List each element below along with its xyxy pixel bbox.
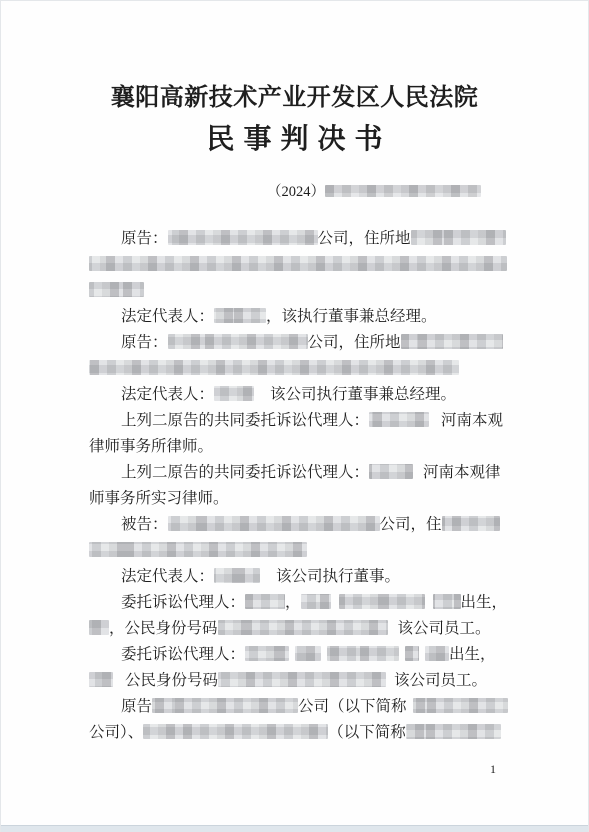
text-segment: 该公司员工。 <box>394 672 487 689</box>
document-line <box>89 252 509 278</box>
document-line <box>89 538 509 564</box>
text-segment: 被告： <box>121 516 168 533</box>
text-segment: 上列二原告的共同委托诉讼代理人： <box>121 464 369 481</box>
redacted-segment <box>89 672 113 687</box>
redacted-segment <box>433 594 461 609</box>
text-segment: ， <box>285 594 301 611</box>
text-segment: 原告： <box>121 230 168 247</box>
document-line: 上列二原告的共同委托诉讼代理人：河南本观 <box>89 408 509 434</box>
text-segment: 出生， <box>449 646 496 663</box>
document-line: 委托诉讼代理人：出生， <box>89 642 509 668</box>
redacted-segment <box>218 620 388 635</box>
redacted-segment <box>89 256 507 271</box>
redacted-segment <box>89 360 459 375</box>
document-line: 原告：公司，住所地 <box>89 226 509 252</box>
court-name: 襄阳高新技术产业开发区人民法院 <box>1 77 588 112</box>
text-segment: 上列二原告的共同委托诉讼代理人： <box>121 412 369 429</box>
text-segment: 该公司执行董事兼总经理。 <box>270 386 456 403</box>
text-segment: 该公司执行董事。 <box>276 568 400 585</box>
document-line: 原告：公司，住所地 <box>89 330 509 356</box>
redacted-segment <box>214 568 260 583</box>
redacted-segment <box>143 724 328 739</box>
spacer <box>407 710 413 711</box>
text-segment: 委托诉讼代理人： <box>121 594 245 611</box>
redacted-segment <box>301 594 331 609</box>
text-segment: 出生， <box>461 594 508 611</box>
spacer <box>260 580 276 581</box>
spacer <box>429 424 441 425</box>
document-line: 原告公司（以下简称 <box>89 694 509 720</box>
spacer <box>388 632 398 633</box>
text-segment: 公民身份号码 <box>125 672 218 689</box>
text-segment: 公司，住所地 <box>318 230 411 247</box>
redacted-segment <box>401 334 503 349</box>
redacted-segment <box>245 594 285 609</box>
redacted-segment <box>89 620 109 635</box>
document-line: 法定代表人：该公司执行董事兼总经理。 <box>89 382 509 408</box>
text-segment: 公司，住所地 <box>308 334 401 351</box>
redacted-segment <box>369 464 413 479</box>
case-number-line: （2024） <box>267 180 481 201</box>
text-segment: 公司，住 <box>380 516 442 533</box>
document-line: 法定代表人：，该执行董事兼总经理。 <box>89 304 509 330</box>
redacted-segment <box>89 282 144 297</box>
judgment-page: 襄阳高新技术产业开发区人民法院 民事判决书 （2024） 原告：公司，住所地法定… <box>0 0 589 832</box>
redacted-segment <box>369 412 429 427</box>
redacted-segment <box>406 724 501 739</box>
redacted-segment <box>245 646 289 661</box>
page-number: 1 <box>490 762 496 777</box>
redacted-segment <box>152 698 298 713</box>
text-segment: 该公司员工。 <box>398 620 491 637</box>
spacer <box>331 606 339 607</box>
spacer <box>425 606 433 607</box>
redacted-segment <box>214 386 254 401</box>
document-line: 委托诉讼代理人：，出生， <box>89 590 509 616</box>
document-body: 原告：公司，住所地法定代表人：，该执行董事兼总经理。原告：公司，住所地法定代表人… <box>89 226 509 746</box>
redacted-segment <box>405 646 419 661</box>
document-line: 法定代表人：该公司执行董事。 <box>89 564 509 590</box>
document-line <box>89 356 509 382</box>
document-title: 民事判决书 <box>1 117 588 157</box>
text-segment: 律师事务所律师。 <box>89 438 213 455</box>
redacted-segment <box>168 516 380 531</box>
document-line: 公司）、（以下简称 <box>89 720 509 746</box>
redacted-case-number <box>325 185 481 197</box>
redacted-segment <box>327 646 399 661</box>
text-segment: 原告： <box>121 334 168 351</box>
text-segment: 河南本观 <box>441 412 503 429</box>
redacted-segment <box>442 516 500 531</box>
text-segment: 法定代表人： <box>121 386 214 403</box>
text-segment: 法定代表人： <box>121 568 214 585</box>
spacer <box>386 684 394 685</box>
text-segment: 公司（以下简称 <box>298 698 407 715</box>
document-line: ，公民身份号码该公司员工。 <box>89 616 509 642</box>
document-line: 被告：公司，住 <box>89 512 509 538</box>
document-line <box>89 278 509 304</box>
text-segment: （以下简称 <box>328 724 406 741</box>
document-line: 上列二原告的共同委托诉讼代理人：河南本观律 <box>89 460 509 486</box>
redacted-segment <box>425 646 449 661</box>
document-line: 律师事务所律师。 <box>89 434 509 460</box>
text-segment: 法定代表人： <box>121 308 214 325</box>
text-segment: ，公民身份号码 <box>109 620 218 637</box>
text-segment: 师事务所实习律师。 <box>89 490 229 507</box>
redacted-segment <box>168 334 308 349</box>
redacted-segment <box>218 672 386 687</box>
redacted-segment <box>89 542 307 557</box>
spacer <box>254 398 270 399</box>
page-bottom-edge <box>1 825 588 832</box>
text-segment: ，该执行董事兼总经理。 <box>266 308 437 325</box>
redacted-segment <box>295 646 321 661</box>
text-segment: 公司）、 <box>89 724 143 741</box>
redacted-segment <box>168 230 318 245</box>
redacted-segment <box>413 698 508 713</box>
document-line: 师事务所实习律师。 <box>89 486 509 512</box>
spacer <box>113 684 125 685</box>
text-segment: 委托诉讼代理人： <box>121 646 245 663</box>
redacted-segment <box>339 594 425 609</box>
case-number-year: （2024） <box>267 184 325 200</box>
redacted-segment <box>411 230 506 245</box>
redacted-segment <box>214 308 266 323</box>
spacer <box>413 476 423 477</box>
document-line: 公民身份号码该公司员工。 <box>89 668 509 694</box>
text-segment: 河南本观律 <box>423 464 501 481</box>
text-segment: 原告 <box>121 698 152 715</box>
